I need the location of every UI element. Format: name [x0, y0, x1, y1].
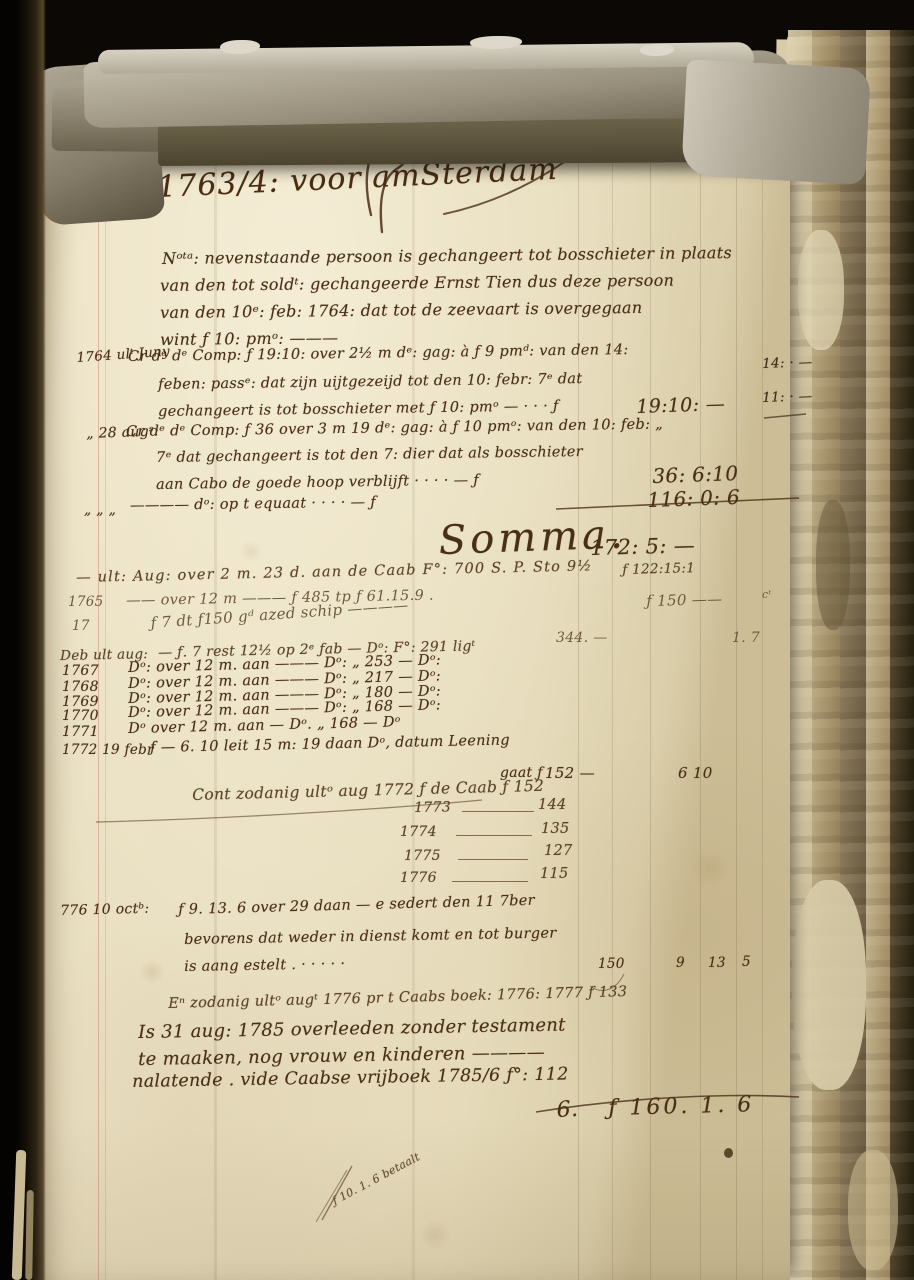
- page-edge-strip: [866, 30, 892, 1280]
- column-rule: [578, 134, 579, 1280]
- paper-damage-patch: [816, 500, 850, 630]
- column-rule: [612, 134, 613, 1280]
- paper-damage-patch: [848, 1150, 898, 1270]
- ink-stain: [418, 1220, 452, 1250]
- book-gutter: [0, 0, 46, 1280]
- page-edge-strip: [812, 30, 842, 1280]
- column-rule: [650, 134, 651, 1280]
- ink-stain: [238, 540, 264, 562]
- margin-rule: [105, 134, 106, 1280]
- page-edge-sliver: [25, 1190, 34, 1280]
- paper-damage-patch: [792, 880, 866, 1090]
- folded-leaf-right: [681, 59, 871, 184]
- ink-stain: [688, 850, 732, 886]
- fold-crease: [412, 134, 415, 1280]
- page-edge-sliver: [12, 1150, 27, 1280]
- page-edge-strip: [788, 30, 814, 1280]
- manuscript-page: [38, 120, 790, 1280]
- archive-book-photo: 38 14: · — 11: · —: [0, 0, 914, 1280]
- column-rule: [762, 134, 763, 1280]
- page-stack-top: [40, 26, 860, 186]
- page-edge-strip: [890, 30, 914, 1280]
- page-edge-strip: [840, 30, 868, 1280]
- ink-stain: [138, 960, 166, 984]
- fold-crease: [214, 134, 217, 1280]
- column-rule: [736, 134, 737, 1280]
- column-rule: [700, 134, 701, 1280]
- paper-damage-patch: [798, 230, 844, 350]
- ink-blot: [724, 1148, 733, 1158]
- margin-rule: [98, 134, 99, 1280]
